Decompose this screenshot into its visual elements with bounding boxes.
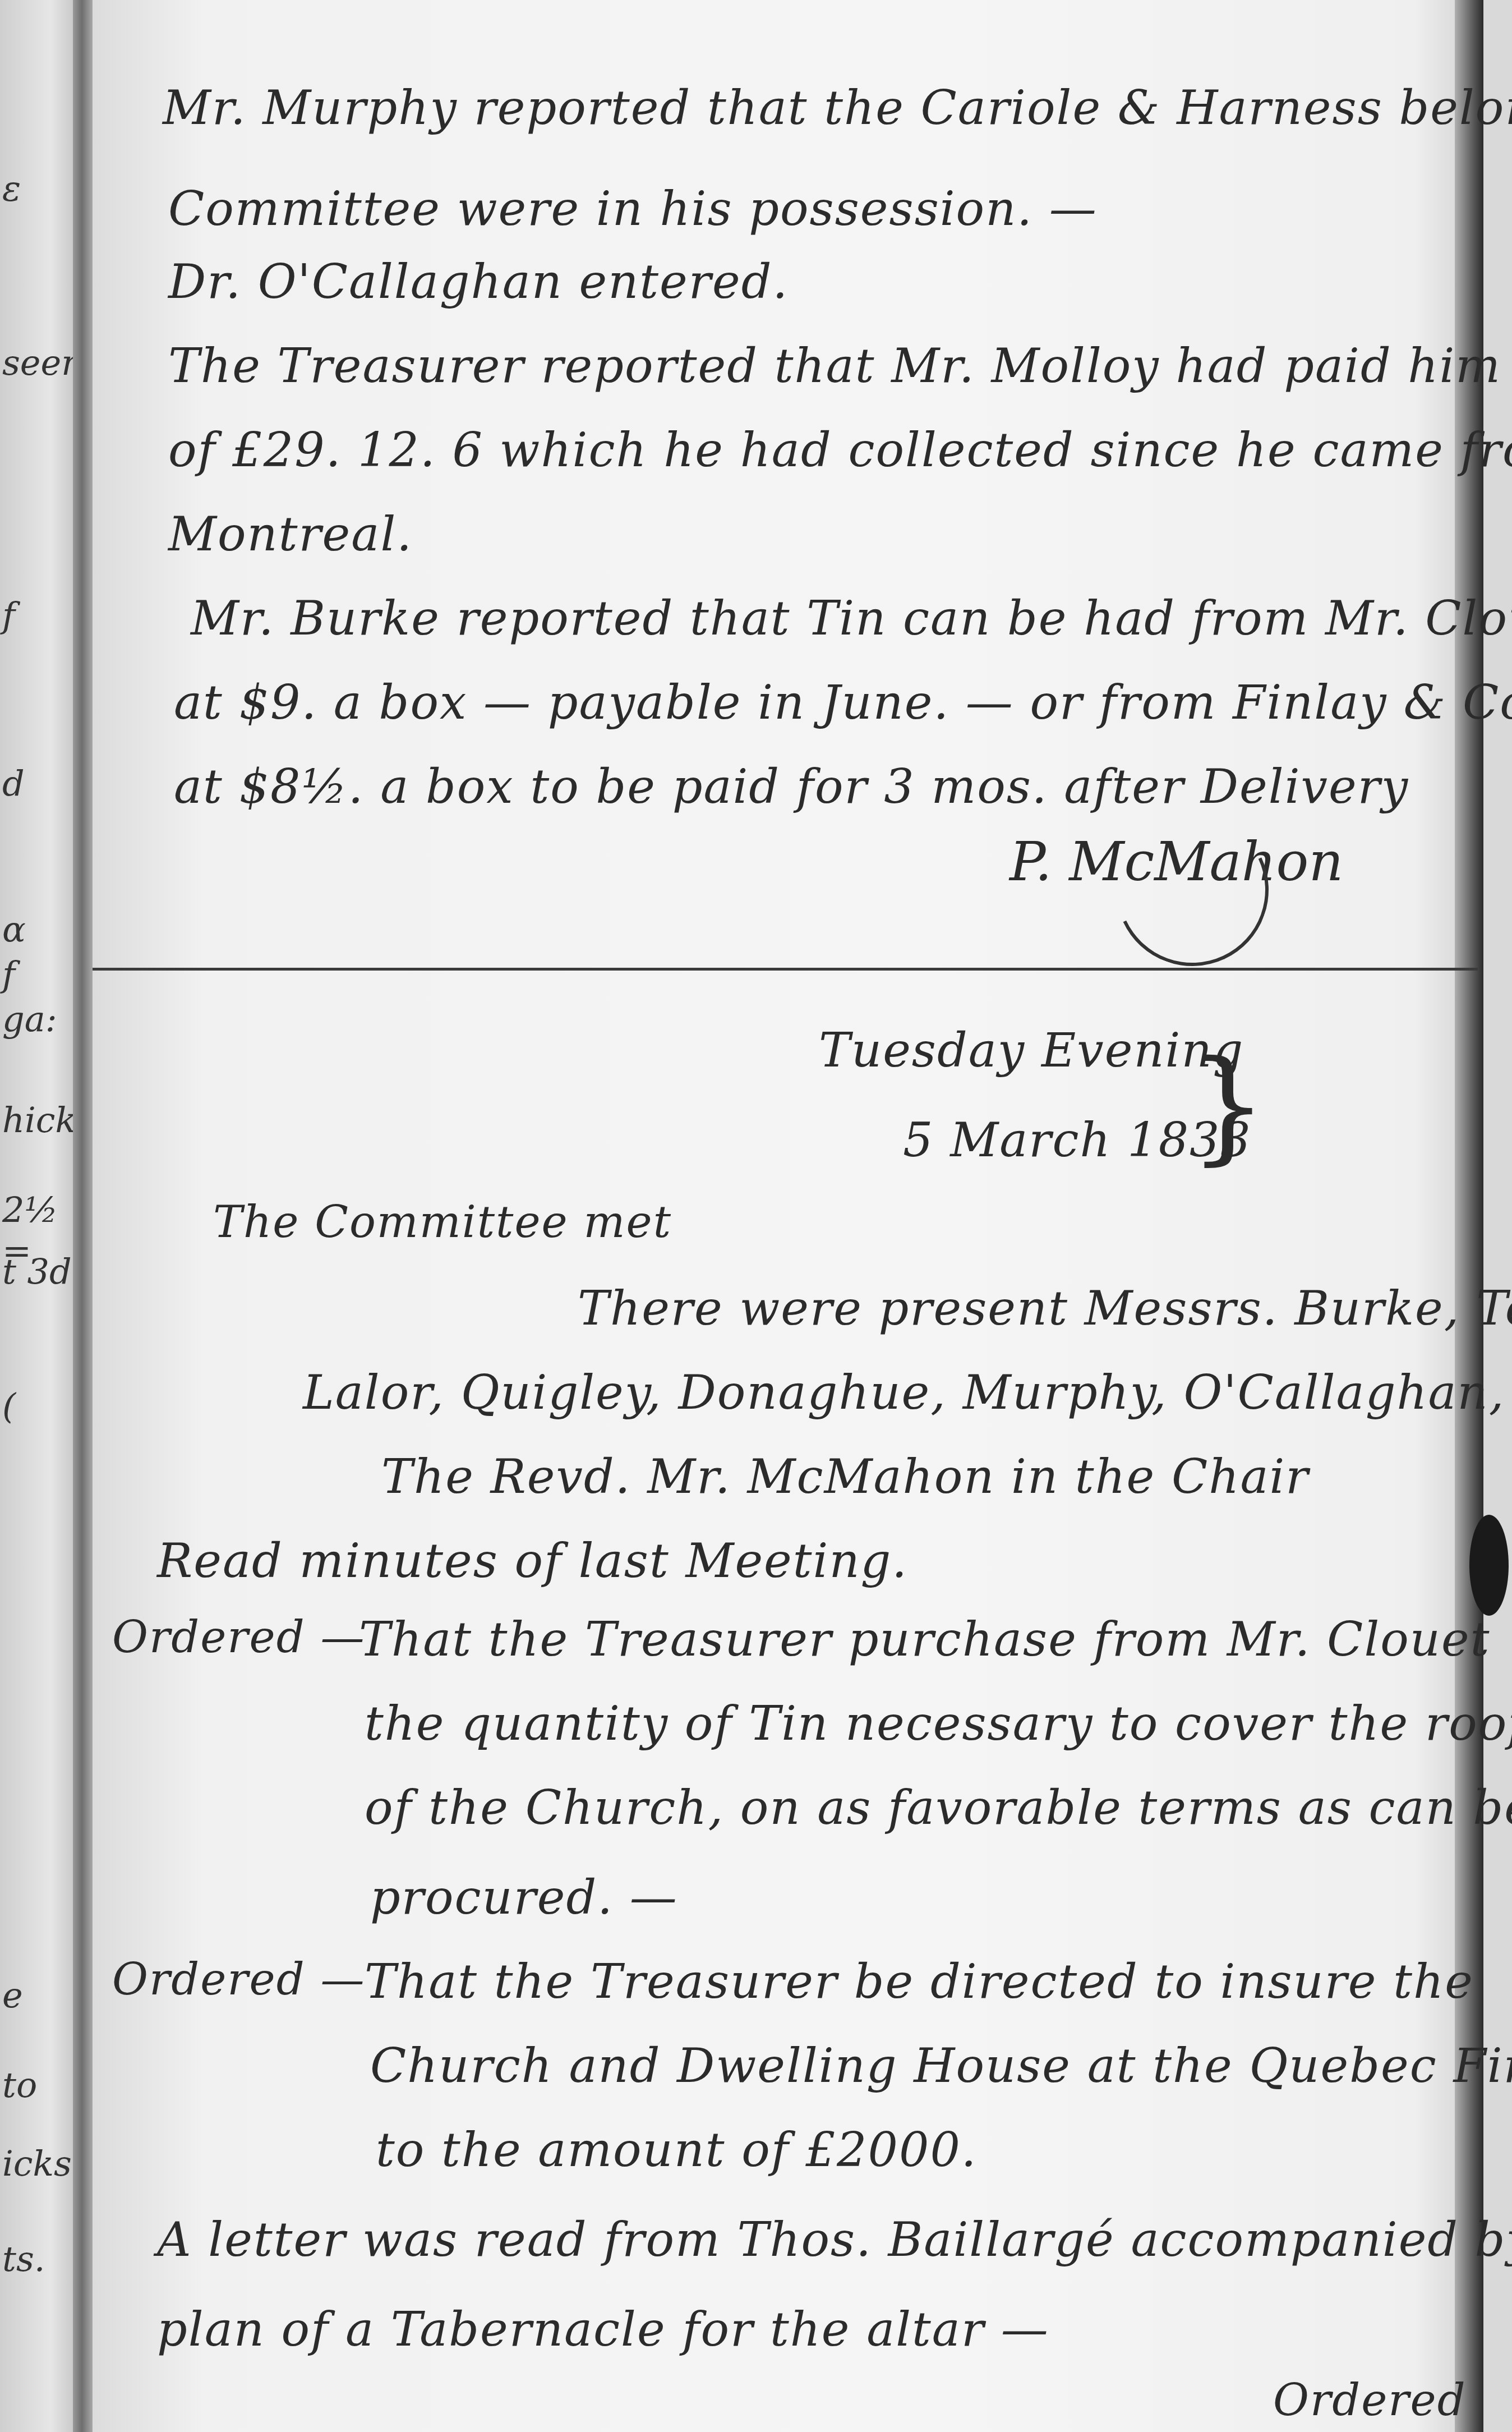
order-line: of the Church, on as favorable terms as … — [365, 1784, 1512, 1831]
facing-fragment: ga: — [2, 999, 57, 1040]
previous-entry-line: at $8½. a box to be paid for 3 mos. afte… — [174, 763, 1409, 810]
brace-glyph: } — [1189, 1043, 1267, 1167]
attendance-line: There were present Messrs. Burke, Teed, … — [578, 1285, 1512, 1332]
entry-divider-rule — [93, 968, 1478, 971]
order-line: That the Treasurer purchase from Mr. Clo… — [359, 1616, 1490, 1663]
facing-fragment: seen — [2, 342, 84, 383]
facing-fragment: hick — [2, 1100, 76, 1141]
order-label: Ordered — — [112, 1616, 366, 1659]
facing-fragment: ts. — [2, 2238, 45, 2279]
facing-page-edge: ɛ seen f d ɑ f ga: hick 2½ = t 3d. ( e t… — [0, 0, 84, 2432]
letter-line: A letter was read from Thos. Baillargé a… — [157, 2216, 1512, 2263]
minutes-read-line: Read minutes of last Meeting. — [157, 1537, 908, 1584]
meeting-opening: The Committee met — [213, 1201, 672, 1244]
facing-fragment: d — [2, 763, 25, 804]
previous-entry-line: Mr. Murphy reported that the Cariole & H… — [163, 84, 1512, 131]
previous-entry-line: Mr. Burke reported that Tin can be had f… — [191, 595, 1512, 642]
facing-fragment: icks — [2, 2143, 72, 2184]
facing-fragment: ( — [2, 1386, 16, 1427]
facing-fragment: t 3d. — [2, 1251, 82, 1292]
previous-entry-line: Committee were in his possession. — — [168, 185, 1098, 232]
order-line: to the amount of £2000. — [376, 2126, 978, 2173]
ink-blot — [1469, 1515, 1509, 1616]
catchword: Ordered — [1273, 2379, 1467, 2422]
previous-entry-line: Montreal. — [168, 511, 413, 558]
order-line: procured. — — [370, 1874, 678, 1921]
book-gutter — [73, 0, 95, 2432]
facing-fragment: ɑ — [2, 909, 26, 950]
order-line: Church and Dwelling House at the Quebec … — [370, 2042, 1512, 2089]
facing-fragment: ɛ — [2, 168, 21, 209]
attendance-line: Lalor, Quigley, Donaghue, Murphy, O'Call… — [303, 1369, 1512, 1416]
facing-fragment: e — [2, 1975, 23, 2016]
facing-fragment: f — [2, 954, 15, 995]
order-line: That the Treasurer be directed to insure… — [365, 1958, 1474, 2005]
letter-line: plan of a Tabernacle for the altar — — [157, 2306, 1049, 2353]
facing-fragment: to — [2, 2065, 37, 2105]
previous-entry-line: at $9. a box — payable in June. — or fro… — [174, 679, 1512, 726]
order-label: Ordered — — [112, 1958, 366, 2002]
previous-entry-line: of £29. 12. 6 which he had collected sin… — [168, 426, 1512, 473]
previous-entry-line: Dr. O'Callaghan entered. — [168, 258, 789, 305]
previous-entry-line: The Treasurer reported that Mr. Molloy h… — [168, 342, 1512, 389]
order-line: the quantity of Tin necessary to cover t… — [365, 1700, 1512, 1747]
meeting-day: Tuesday Evening — [819, 1027, 1244, 1074]
chair-line: The Revd. Mr. McMahon in the Chair — [381, 1453, 1309, 1500]
facing-fragment: f — [2, 595, 15, 636]
